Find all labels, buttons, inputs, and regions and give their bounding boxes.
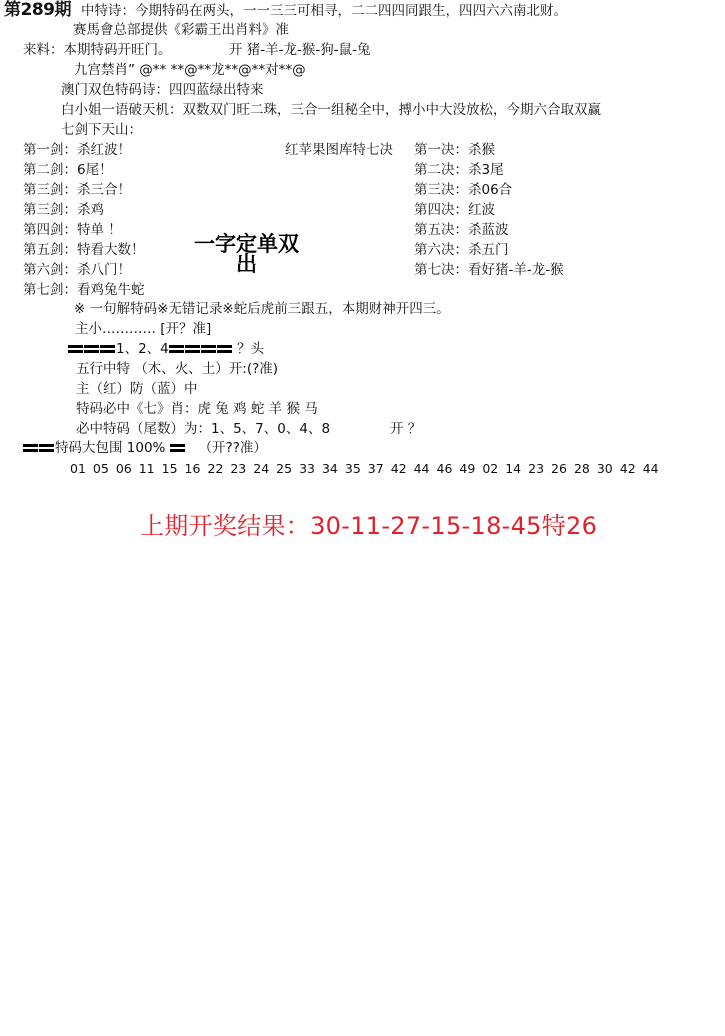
sword-label: 第七剑： <box>23 282 77 298</box>
triple-bar-icon <box>68 340 116 358</box>
secret-value: 看好猪-羊-龙-猴 <box>468 262 564 278</box>
number-item: 28 <box>574 460 590 478</box>
secret-value: 杀3尾 <box>468 162 504 178</box>
number-item: 46 <box>437 460 453 478</box>
sword-value: 特看大数！ <box>77 242 145 258</box>
secret-label: 第六决： <box>414 242 468 258</box>
sword-label: 第六剑： <box>23 262 77 278</box>
quad-bar-icon <box>169 340 233 358</box>
secret-item: 第三决：杀06合 <box>414 181 512 199</box>
number-item: 06 <box>116 460 132 478</box>
number-item: 35 <box>345 460 361 478</box>
nine-palace-line: 九宫禁肖” @** **@**龙**@**对**@ <box>74 61 306 79</box>
sword-item: 第五剑：特看大数！ <box>23 241 145 259</box>
single-double-banner: 一字定单双 出 <box>184 232 309 276</box>
secret-value: 杀06合 <box>468 182 512 198</box>
big-cover-line: 特码大包围 100% （开??准） <box>23 439 267 457</box>
sword-value: 杀红波！ <box>77 142 131 158</box>
secret-item: 第二决：杀3尾 <box>414 161 504 179</box>
sword-value: 看鸡兔牛蛇 <box>77 282 145 298</box>
issue-number: 第289期 <box>4 1 71 19</box>
number-item: 16 <box>185 460 201 478</box>
big-cover-suffix: （开??准） <box>199 440 267 456</box>
number-item: 33 <box>299 460 315 478</box>
number-item: 30 <box>597 460 613 478</box>
tail-numbers-hint: 必中特码（尾数）为：1、5、7、0、4、8 <box>76 420 330 438</box>
big-cover-label: 特码大包围 100% <box>55 440 165 456</box>
number-item: 26 <box>551 460 567 478</box>
seven-zodiacs-hint: 特码必中《七》肖：虎 兔 鸡 蛇 羊 猴 马 <box>76 400 318 418</box>
secret-item: 第七决：看好猪-羊-龙-猴 <box>414 261 564 279</box>
number-item: 42 <box>620 460 636 478</box>
number-item: 44 <box>414 460 430 478</box>
sword-item: 第四剑：特单 ！ <box>23 221 122 239</box>
open-zodiacs: 开 猪-羊-龙-猴-狗-鼠-兔 <box>229 41 371 59</box>
sword-value: 杀三合！ <box>77 182 131 198</box>
main-color-hint: 主（红）防（蓝）中 <box>76 380 198 398</box>
tail-open: 开 ？ <box>390 420 421 438</box>
sword-value: 杀八门！ <box>77 262 131 278</box>
last-result: 上期开奖结果：30-11-27-15-18-45特26 <box>140 511 597 541</box>
sword-item: 第三剑：杀鸡 <box>23 201 104 219</box>
number-item: 01 <box>70 460 86 478</box>
sword-item: 第七剑：看鸡兔牛蛇 <box>23 281 145 299</box>
secret-label: 第一决： <box>414 142 468 158</box>
one-sentence-hint: ※ 一句解特码※无错记录※蛇后虎前三跟五，本期财神开四三。 <box>74 300 450 318</box>
single-bar-icon <box>170 439 186 457</box>
sword-value: 杀鸡 <box>77 202 104 218</box>
secret-value: 杀猴 <box>468 142 495 158</box>
seven-secrets-title: 红苹果图库特七决 <box>285 141 393 159</box>
sword-value: 6尾！ <box>77 162 113 178</box>
number-item: 05 <box>93 460 109 478</box>
secret-value: 杀蓝波 <box>468 222 509 238</box>
sword-label: 第三剑： <box>23 182 77 198</box>
sword-item: 第一剑：杀红波！ <box>23 141 131 159</box>
secret-label: 第三决： <box>414 182 468 198</box>
number-item: 14 <box>505 460 521 478</box>
macau-poem: 澳门双色特码诗：四四蓝绿出特来 <box>61 81 264 99</box>
number-list: 0105061115162223242533343537424446490214… <box>70 460 666 478</box>
number-item: 49 <box>459 460 475 478</box>
provider-line: 赛馬會总部提供《彩霸王出肖料》准 <box>73 21 289 39</box>
number-item: 42 <box>391 460 407 478</box>
number-item: 11 <box>139 460 155 478</box>
number-item: 44 <box>643 460 659 478</box>
double-bar-icon <box>23 439 55 457</box>
heads-suffix: ？头 <box>237 341 264 357</box>
sword-label: 第五剑： <box>23 242 77 258</box>
secret-item: 第五决：杀蓝波 <box>414 221 509 239</box>
secret-label: 第七决： <box>414 262 468 278</box>
secret-item: 第四决：红波 <box>414 201 495 219</box>
number-item: 22 <box>207 460 223 478</box>
sword-value: 特单 ！ <box>77 222 122 238</box>
secret-item: 第一决：杀猴 <box>414 141 495 159</box>
number-item: 24 <box>253 460 269 478</box>
poem-line: 中特诗：今期特码在两头，一一三三可相寻，二二四四同跟生，四四六六南北财。 <box>81 2 567 20</box>
sword-label: 第二剑： <box>23 162 77 178</box>
sword-item: 第六剑：杀八门！ <box>23 261 131 279</box>
source-line: 来料：本期特码开旺门。 <box>23 41 172 59</box>
secret-value: 杀五门 <box>468 242 509 258</box>
number-item: 37 <box>368 460 384 478</box>
sword-label: 第一剑： <box>23 142 77 158</box>
main-small-hint: 主小………… [开？准] <box>75 320 211 338</box>
seven-swords-title: 七剑下天山： <box>61 121 142 139</box>
secret-label: 第二决： <box>414 162 468 178</box>
number-item: 34 <box>322 460 338 478</box>
miss-bai-line: 白小姐一语破天机：双数双门旺二珠，三合一组秘全中，搏小中大没放松，今期六合取双赢 <box>61 101 601 119</box>
secret-label: 第四决： <box>414 202 468 218</box>
heads-hint: 1、2、4 ？头 <box>68 340 264 358</box>
number-item: 02 <box>482 460 498 478</box>
secret-value: 红波 <box>468 202 495 218</box>
number-item: 25 <box>276 460 292 478</box>
sword-item: 第二剑：6尾！ <box>23 161 113 179</box>
sword-label: 第三剑： <box>23 202 77 218</box>
sword-item: 第三剑：杀三合！ <box>23 181 131 199</box>
number-item: 23 <box>230 460 246 478</box>
number-item: 23 <box>528 460 544 478</box>
heads-values: 1、2、4 <box>116 341 169 357</box>
sword-label: 第四剑： <box>23 222 77 238</box>
number-item: 15 <box>162 460 178 478</box>
secret-item: 第六决：杀五门 <box>414 241 509 259</box>
five-elements-hint: 五行中特 （木、火、土）开:(?准) <box>76 360 278 378</box>
secret-label: 第五决： <box>414 222 468 238</box>
